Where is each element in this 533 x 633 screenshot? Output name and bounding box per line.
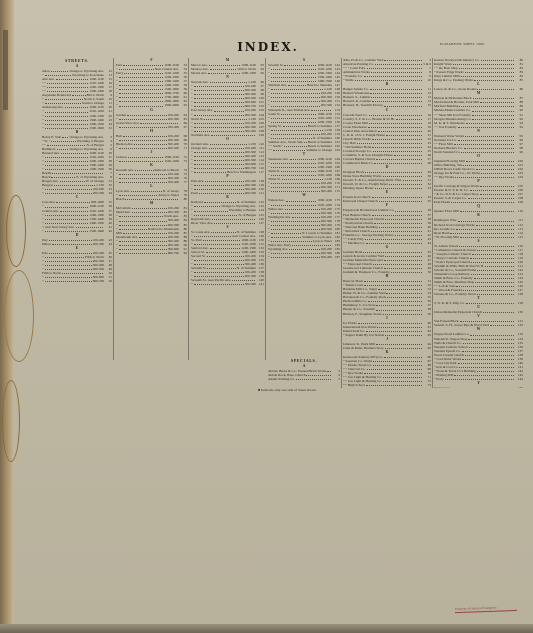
leader-dots [304, 140, 307, 143]
leader-dots [472, 108, 514, 111]
leader-dots [376, 303, 422, 306]
entry-name: ” ” City Steel Exchange [343, 387, 375, 388]
leader-dots [204, 200, 236, 203]
entry-name: ” H. Flooring Mill [434, 235, 459, 239]
leader-dots [386, 133, 422, 136]
entry-range: 400-500 [245, 191, 256, 195]
leader-dots [376, 387, 422, 388]
leader-dots [271, 219, 320, 222]
leader-dots [62, 271, 103, 274]
leader-dots [475, 280, 514, 283]
leader-dots [271, 165, 317, 168]
leader-dots [52, 242, 92, 245]
leader-dots [56, 77, 89, 80]
leader-dots [271, 223, 320, 226]
leader-dots [271, 231, 302, 234]
leader-dots [199, 191, 244, 194]
leader-dots [373, 363, 422, 366]
column-divider [265, 58, 266, 360]
leader-dots [370, 91, 422, 94]
entry-range: 300-400 [245, 282, 256, 286]
leader-dots [378, 287, 422, 290]
binding-string [6, 195, 26, 267]
entry-range: 300-400 [168, 125, 179, 129]
leader-dots [123, 134, 167, 137]
leader-dots [54, 183, 95, 186]
leader-dots [271, 132, 320, 135]
leader-dots [465, 134, 514, 137]
index-entry: ”600-70092 [116, 251, 187, 255]
leader-dots [284, 63, 316, 66]
leader-dots [194, 150, 244, 153]
streets-column-2: FFern1000-110053”Near Central Ave.54Ferr… [116, 58, 187, 360]
leader-dots [452, 386, 514, 388]
leader-dots [45, 118, 89, 121]
leader-dots [271, 95, 320, 98]
leader-dots [45, 159, 89, 162]
leader-dots [461, 150, 514, 153]
entry-range: 600-700 [168, 251, 179, 255]
leader-dots [369, 121, 422, 124]
leader-dots [45, 229, 89, 232]
leader-dots [119, 214, 164, 217]
entry-name: Beach [116, 197, 124, 201]
leader-dots [45, 255, 85, 258]
leader-dots [56, 200, 90, 203]
leader-dots [281, 169, 316, 172]
leader-dots [210, 80, 247, 83]
leader-dots [373, 262, 422, 265]
leader-dots [288, 83, 306, 86]
leader-dots [368, 125, 422, 128]
leader-dots [463, 163, 514, 166]
leader-dots [125, 197, 178, 200]
sheet-number: 63 [179, 103, 187, 107]
leader-dots [465, 70, 514, 73]
leader-dots [45, 73, 71, 76]
leader-dots [480, 192, 515, 195]
column-divider [432, 58, 433, 388]
leader-dots [211, 133, 255, 136]
leader-dots [194, 183, 244, 186]
leader-dots [483, 310, 514, 313]
leader-dots [472, 113, 514, 116]
leader-dots [383, 174, 422, 177]
entry-name: Dunning Opera House [343, 186, 374, 190]
leader-dots [366, 241, 422, 244]
leader-dots [232, 278, 255, 281]
leader-dots [383, 312, 422, 315]
leader-dots [450, 231, 514, 234]
leader-dots [451, 200, 514, 203]
leader-dots [460, 235, 514, 238]
leader-dots [45, 114, 89, 117]
entry-range: Beach to Washington [227, 170, 256, 174]
leader-dots [445, 377, 514, 380]
sheet-number: 92 [179, 251, 187, 255]
streets-column-4: SSeventh St.1000-1100142”1100-1200143”12… [268, 58, 340, 348]
leader-dots [366, 383, 422, 386]
sheet-number: 95 [256, 71, 264, 75]
sheet-number: 65 [423, 346, 431, 350]
leader-dots [456, 227, 514, 230]
leader-dots [52, 171, 103, 174]
entry-range: 200-300 [93, 242, 104, 246]
leader-dots [194, 208, 228, 211]
specials-section: SPECIALS. A Abbott, Burns & Co., Pressed… [268, 358, 340, 381]
entry-name: River View Ave. [191, 221, 213, 225]
library-stamp: Property of Library of Congress [455, 606, 517, 618]
leader-dots [395, 208, 422, 211]
entry-name: ” Stable [343, 78, 354, 82]
entry-name: ” [116, 103, 118, 107]
leader-dots [285, 207, 320, 210]
leader-dots [45, 204, 89, 207]
leader-dots [47, 81, 89, 84]
leader-dots [123, 231, 167, 234]
sheet-number: 109 [256, 133, 264, 137]
leader-dots [271, 99, 320, 102]
sheet-number: 121 [256, 191, 264, 195]
leader-dots [373, 359, 422, 362]
leader-dots [47, 85, 88, 88]
leader-dots [76, 225, 103, 228]
entry-range: 1500-1600 [89, 229, 104, 233]
sheet-number: 33 [423, 186, 431, 190]
leader-dots [286, 198, 317, 201]
sheet-number: 5 [332, 377, 340, 381]
leader-dots [394, 153, 422, 156]
leader-dots [47, 89, 88, 92]
leader-dots [477, 292, 514, 295]
entry-name: ” [268, 255, 270, 259]
leader-dots [119, 75, 164, 78]
leader-dots [459, 244, 514, 247]
leader-dots [128, 155, 164, 158]
leader-dots [367, 367, 422, 370]
leader-dots [477, 369, 514, 372]
entry-name: Graham & Thomson Co., Foundry [343, 270, 390, 274]
leader-dots [57, 147, 69, 150]
sheet-number: 141 [256, 282, 264, 286]
stamp-text: Property of Library of Congress [455, 606, 517, 613]
leader-dots [119, 247, 167, 250]
entry-name: Pearl [191, 191, 198, 195]
leader-dots [134, 142, 166, 145]
leader-dots [271, 181, 320, 184]
sheet-number: 50 [423, 270, 431, 274]
leader-dots [194, 187, 244, 190]
sheet-number: 94 [515, 125, 523, 129]
leader-dots [194, 121, 244, 124]
leader-dots [292, 215, 320, 218]
sheet-number: 86 [515, 87, 523, 91]
leader-dots [374, 161, 422, 164]
leader-dots [271, 79, 317, 82]
leader-dots [271, 161, 317, 164]
leader-dots [387, 295, 422, 298]
leader-dots [355, 78, 422, 81]
leader-dots [369, 113, 422, 116]
column-divider [188, 58, 189, 360]
leader-dots [368, 299, 422, 302]
entry-range: 1500-1600 [89, 126, 104, 130]
entry-range: 400-500 [168, 146, 179, 150]
leader-dots [384, 258, 422, 261]
leader-dots [271, 211, 320, 214]
leader-dots [367, 66, 422, 69]
leader-dots [377, 325, 422, 328]
leader-dots [453, 62, 514, 65]
leader-dots [45, 191, 92, 194]
leader-dots [474, 276, 514, 279]
leader-dots [271, 67, 317, 70]
leader-dots [49, 238, 92, 241]
leader-dots [271, 255, 320, 258]
leader-dots [45, 122, 89, 125]
leader-dots [370, 87, 422, 90]
leader-dots [389, 182, 422, 185]
leader-dots [384, 103, 422, 106]
sheet-number: 59 [423, 312, 431, 316]
leader-dots [271, 189, 320, 192]
leader-dots [477, 248, 514, 251]
leader-dots [284, 144, 307, 147]
leader-dots [119, 125, 167, 128]
leader-dots [290, 157, 317, 160]
leader-dots [458, 218, 515, 221]
leader-dots [376, 157, 422, 160]
leader-dots [271, 87, 324, 90]
leader-dots [119, 159, 164, 162]
leader-dots [470, 332, 514, 335]
leader-dots [72, 93, 86, 96]
leader-dots [194, 234, 232, 237]
leader-dots [366, 329, 422, 332]
streets-column-1: STREETS. AAllenOrange to Wyoming Ave.12”… [42, 58, 112, 360]
leader-dots [385, 254, 422, 257]
entry-name: Joliet & Ritter, Brothers Story [343, 346, 384, 350]
streets-column-3: MMercer Ave.1000-110093Monroe Ave.1100 t… [191, 58, 264, 360]
sheet-number: 52 [104, 279, 112, 283]
entry-range: 1900-2000 [164, 103, 179, 107]
leader-dots [271, 91, 320, 94]
entry-name: Union Methodist Episcopal Church [434, 310, 482, 314]
leader-dots [119, 218, 167, 221]
leader-dots [45, 221, 89, 224]
sheet-number: 35 [423, 199, 431, 203]
leader-dots [485, 264, 514, 267]
binding-shadow [3, 30, 8, 110]
sheet-number: 44 [423, 241, 431, 245]
leader-dots [371, 95, 422, 98]
leader-dots [119, 91, 164, 94]
leader-dots [271, 71, 317, 74]
sheet-number: 85 [515, 78, 523, 82]
leader-dots [454, 373, 514, 376]
sheet-number: 99 [515, 150, 523, 154]
specials-column-1: Allis, H. & Co., Lumber Yard3American Pa… [343, 58, 431, 388]
leader-dots [131, 189, 162, 192]
leader-dots [481, 171, 514, 174]
leader-dots [371, 70, 422, 73]
column-divider [341, 58, 342, 388]
leader-dots [194, 170, 227, 173]
sheet-number: 71 [179, 146, 187, 150]
leader-dots [194, 96, 244, 99]
leader-dots [464, 146, 514, 149]
leader-dots [203, 238, 241, 241]
sheet-number: 42 [104, 229, 112, 233]
leader-dots [471, 260, 514, 263]
leader-dots [47, 143, 86, 146]
sheet-number: 67 [179, 125, 187, 129]
entry-name: Commercial Bank Co. [343, 161, 373, 165]
sheet-number: 28 [423, 161, 431, 165]
leader-dots [379, 225, 422, 228]
leader-dots [327, 369, 331, 372]
leader-dots [194, 88, 244, 91]
leader-dots [372, 137, 422, 140]
sheet-number: 117 [256, 170, 264, 174]
sheet-number: 127 [256, 221, 264, 225]
leader-dots [194, 282, 244, 285]
leader-dots [364, 279, 422, 282]
entry-name: Northern Ave. [191, 133, 210, 137]
sheet-note: ELIZABETH, SHEET 1899 [440, 42, 484, 46]
leader-dots [364, 74, 423, 77]
entry-name: Yarn Ice Co. [434, 386, 451, 388]
leader-dots [396, 117, 422, 120]
index-entry: ” ” City Steel Exchange74 [343, 387, 431, 388]
entry-range: 600-700 [93, 279, 104, 283]
sheet-number: 15 [423, 103, 431, 107]
leader-dots [204, 117, 247, 120]
leader-dots [51, 175, 75, 178]
leader-dots [45, 126, 89, 129]
entry-name: Pratt Hosier [434, 200, 450, 204]
leader-dots [459, 66, 514, 69]
entry-name: Bernard, H., Sawmill Factory [343, 103, 383, 107]
leader-dots [372, 195, 423, 198]
leader-dots [468, 196, 514, 199]
sheet-number: 109 [515, 200, 523, 204]
leader-dots [363, 250, 422, 253]
leader-dots [391, 270, 422, 273]
footnote: ■ Indicates only one side of Street show… [258, 388, 317, 392]
leader-dots [395, 233, 422, 236]
leader-dots [385, 217, 422, 220]
leader-dots [124, 71, 163, 74]
leader-dots [365, 237, 422, 240]
sheet-number: 104 [515, 175, 523, 179]
leader-dots [45, 279, 92, 282]
sheet-number: 10 [423, 78, 431, 82]
entry-range: 200-300 [93, 191, 104, 195]
sheet-number: 63 [423, 333, 431, 337]
leader-dots [119, 180, 167, 183]
sheet-number: 187 [332, 255, 340, 259]
sheet-number: 172 [332, 189, 340, 193]
leader-dots [357, 141, 422, 144]
leader-dots [384, 58, 422, 61]
leader-dots [119, 67, 154, 70]
entry-name: Lenox, R. & Co., Stone Rooms [434, 87, 476, 91]
entry-name: ” [191, 170, 193, 174]
entry-range: 300-400 [168, 180, 179, 184]
leader-dots [194, 166, 244, 169]
binding-string [2, 380, 20, 462]
leader-dots [194, 242, 241, 245]
leader-dots [455, 175, 514, 178]
leader-dots [119, 227, 147, 230]
leader-dots [459, 104, 514, 107]
entry-range: 300-400 [321, 189, 332, 193]
leader-dots [119, 239, 167, 242]
leader-dots [45, 155, 89, 158]
leader-dots [45, 187, 92, 190]
leader-dots [271, 239, 312, 242]
leader-dots [45, 259, 92, 262]
leader-dots [119, 83, 164, 86]
leader-dots [210, 67, 236, 70]
leader-dots [194, 129, 244, 132]
column-divider [113, 58, 114, 360]
leader-dots [465, 353, 514, 356]
entry-name: ” ” [268, 148, 272, 152]
leader-dots [194, 154, 244, 157]
leader-dots [385, 346, 422, 349]
leader-dots [273, 148, 305, 151]
leader-dots [119, 87, 164, 90]
leader-dots [271, 251, 320, 254]
entry-name: ” [42, 191, 44, 195]
leader-dots [282, 177, 323, 180]
index-entry: ”300-400187 [268, 255, 340, 259]
leader-dots [119, 138, 167, 141]
leader-dots [60, 179, 85, 182]
sheet-number: 34 [104, 191, 112, 195]
leader-dots [212, 217, 255, 220]
leader-dots [371, 229, 422, 232]
sheet-number: 130 [515, 310, 523, 314]
leader-dots [463, 341, 514, 344]
specials-column-2: Kansas Stockyard & Industry Co.80Knight … [434, 58, 523, 388]
entry-name: ” [42, 126, 44, 130]
leader-dots [306, 373, 331, 376]
leader-dots [207, 266, 235, 269]
sheet-number: 74 [423, 387, 431, 388]
entry-name: ” ” Iron Foundry [434, 125, 457, 129]
leader-dots [119, 193, 158, 196]
entry-name: ” [191, 282, 193, 286]
leader-dots [194, 92, 244, 95]
leader-dots [471, 272, 514, 275]
leader-dots [383, 375, 422, 378]
entry-name: ” ” Dye Works [434, 175, 454, 179]
entry-range: Summer to Orange [306, 148, 332, 152]
entry-name: Vezzell, S. H., Sewer Pipe & Wood Yard [434, 323, 489, 327]
leader-dots [477, 268, 514, 271]
entry-name: Episcopal Chapel Church [343, 199, 378, 203]
leader-dots [65, 105, 89, 108]
leader-dots [378, 129, 422, 132]
sheet-number: 163 [332, 148, 340, 152]
index-page: INDEX. ELIZABETH, SHEET 1899 STREETS. AA… [0, 0, 533, 633]
index-entry: Adams Packing Co.5 [268, 377, 340, 381]
leader-dots [490, 323, 514, 326]
entry-name: Dillon [42, 242, 51, 246]
